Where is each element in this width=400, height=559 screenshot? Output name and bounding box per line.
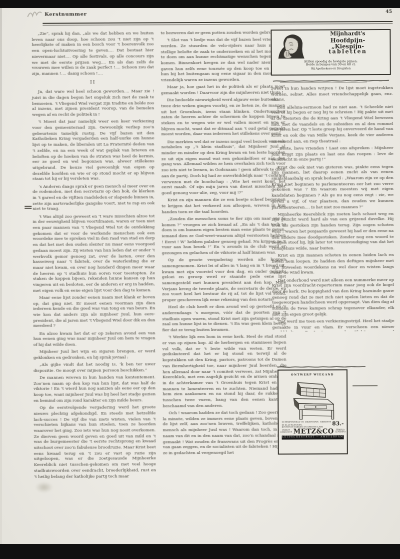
story-paragraph: Dat onderhoud werd niet alleen een numme… (272, 276, 394, 317)
story-paragraph: Op de groote vergadering werden alle kop… (162, 257, 286, 303)
story-paragraph: Maar eene lijst zonder eenen naam met kl… (33, 294, 155, 329)
story-paragraph: Die bedoelde nieuwigheid werd algauw een… (161, 97, 285, 138)
metz-ad: ONTWERP WIEGAND (277, 369, 347, 454)
column-1: „Zie”, sprak hij dan, „als we dat hebben… (32, 30, 156, 480)
desk-illustration (287, 379, 339, 421)
headache-man-illustration (275, 32, 309, 59)
story-paragraph: Och ! waarom hadden ze dat toch gedaan !… (163, 410, 287, 456)
section-heading: II (32, 80, 154, 86)
column-3: Mijnhardt's Hoofdpijn- „Kiespijn- tablet… (271, 29, 395, 460)
metz-address-bar: LEIDSCHESTRAAT — AMSTERDAM (282, 435, 344, 440)
story-paragraph: zweet in hun handen wrijven ! De lijst m… (271, 85, 393, 103)
story-paragraph: Dat werd me toen een verkiezingsstrijd. … (272, 318, 394, 332)
story-paragraph: Mijnheerke Keereblick zijn zoeten lach s… (272, 211, 394, 252)
mijnhardt-ad: Mijnhardt's Hoofdpijn- „Kiespijn- tablet… (271, 29, 391, 76)
story-paragraph: Maar ja, hoe gaat het in de politiek als… (161, 84, 285, 96)
metz-side-text: FRANCO LEVERING (335, 430, 345, 434)
column-2: te bezweren dat er geen potten zouden wo… (161, 30, 287, 458)
ink-smudge (35, 482, 53, 493)
mijnhardt-product-line: tabletten (309, 50, 387, 56)
story-paragraph: Heel de club heeft er dien avond wel op … (162, 304, 286, 333)
story-paragraph: ’s Anderen daags sprak er geen mensch al… (32, 183, 154, 212)
story-paragraph: ’t Moest dat jaar namelijk weer een keer… (32, 119, 154, 182)
story-paragraph: ’t Was altijd zoo geweest en ’t ware mis… (33, 213, 155, 293)
story-paragraph: ’t Slot van ’t liedje was dat de vijf ba… (161, 37, 285, 83)
story-paragraph: Ja, dat ware wel heel schoon geworden...… (32, 89, 154, 118)
masthead-title: Kerstnummer (45, 12, 87, 18)
scan-edge-streak (0, 8, 2, 544)
story-paragraph: De mannen wreven in hun handen van konte… (33, 374, 155, 403)
story-paragraph: „Zie”, sprak hij dan, „als we dat hebben… (32, 30, 154, 76)
story-paragraph: ’t Werkte lijk een bom in eene kerk. Hee… (162, 334, 286, 409)
magazine-page: Kerstnummer 45 „Zie”, sprak hij dan, „al… (0, 0, 400, 559)
margin-dash (353, 385, 378, 386)
column-3-text: zweet in hun handen wrijven ! De lijst m… (271, 85, 394, 332)
story-paragraph: Een alleluia-sermoon had ze niet aan. ’t… (271, 104, 393, 145)
story-paragraph: Krist die ook niet van gisteren was, pin… (271, 164, 393, 210)
page-number: 45 (386, 10, 392, 15)
divider-squiggle (272, 78, 390, 84)
mijnhardt-availability: Bij Apothekers en Drogisten (275, 67, 387, 71)
bottom-scan-bar (0, 544, 400, 559)
metz-price: 83.- (332, 422, 344, 428)
story-paragraph: Krist en zijn mannen die ze een beetje s… (162, 197, 286, 215)
story-paragraph: „Beste, lieve vrienden ! Laat ons afspre… (271, 145, 393, 163)
metz-side-text: VRAAGT CATALOGUS (280, 430, 292, 434)
story-paragraph: En alzoo kwam het dat er op zekeren avon… (33, 330, 155, 348)
metz-brand: METZ&CO (293, 429, 333, 435)
story-paragraph: „Als gijlie vindt dat het noodig is, ’k … (33, 361, 155, 373)
story-paragraph: „Zouden die menschen soms te fier zijn o… (162, 215, 286, 256)
story-paragraph: Op de eerstvolgende vergadering werd het… (34, 404, 156, 479)
handwriting-smudge (27, 8, 43, 20)
metz-ad-header: ONTWERP WIEGAND (281, 372, 343, 378)
story-paragraph: Krist en zijn mannen schoten in eenen lu… (272, 252, 394, 275)
story-paragraph: te bezweren dat er geen potten zouden wo… (161, 30, 285, 36)
story-paragraph: Mijnheer Juul liet wijn en sigaren breng… (33, 349, 155, 361)
story-paragraph: Die merkten wel dat er inzens nogal veel… (161, 138, 285, 196)
top-scan-bar (0, 0, 400, 8)
ink-mark (25, 206, 32, 210)
